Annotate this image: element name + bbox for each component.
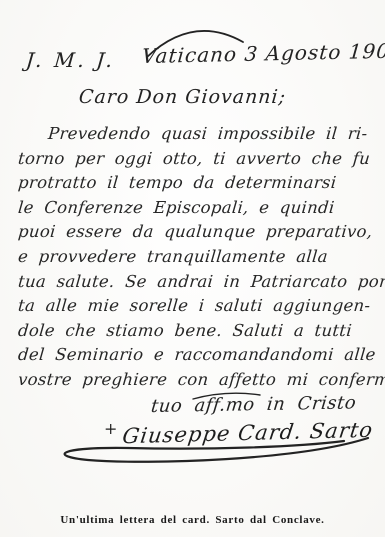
- letter-body-line: protratto il tempo da determinarsi: [17, 171, 379, 196]
- photo-caption: Un'ultima lettera del card. Sarto dal Co…: [0, 514, 385, 526]
- closing-line: tuo aff.mo in Cristo: [150, 392, 357, 417]
- salutation: Caro Don Giovanni;: [78, 86, 287, 108]
- letter-body-line: torno per oggi otto, ti avverto che fu: [17, 147, 379, 172]
- signature-cross-icon: +: [104, 419, 117, 438]
- signature-row: +Giuseppe Card. Sarto: [104, 419, 373, 445]
- letter-body-line: le Conferenze Episcopali, e quindi: [17, 196, 379, 221]
- letter-body-line: puoi essere da qualunque preparativo,: [17, 220, 379, 245]
- letter-body-line: vostre preghiere con affetto mi confermo: [17, 368, 379, 393]
- signature: Giuseppe Card. Sarto: [121, 418, 375, 449]
- monogram-jmj: J. M. J.: [25, 48, 116, 72]
- letter-body-line: del Seminario e raccomandandomi alle: [17, 343, 379, 368]
- dateline: Vaticano 3 Agosto 1903: [141, 39, 385, 68]
- letter-body-line: Prevedendo quasi impossibile il ri-: [17, 122, 379, 147]
- letter-body-line: ta alle mie sorelle i saluti aggiungen-: [17, 294, 379, 319]
- letter-body-line: e provvedere tranquillamente alla: [17, 245, 379, 270]
- letter-body: Prevedendo quasi impossibile il ri-torno…: [17, 122, 377, 393]
- letter-body-line: tua salute. Se andrai in Patriarcato por…: [17, 270, 379, 295]
- letter-body-line: dole che stiamo bene. Saluti a tutti: [17, 319, 379, 344]
- letter-scan-page: J. M. J. Vaticano 3 Agosto 1903 Caro Don…: [0, 0, 385, 537]
